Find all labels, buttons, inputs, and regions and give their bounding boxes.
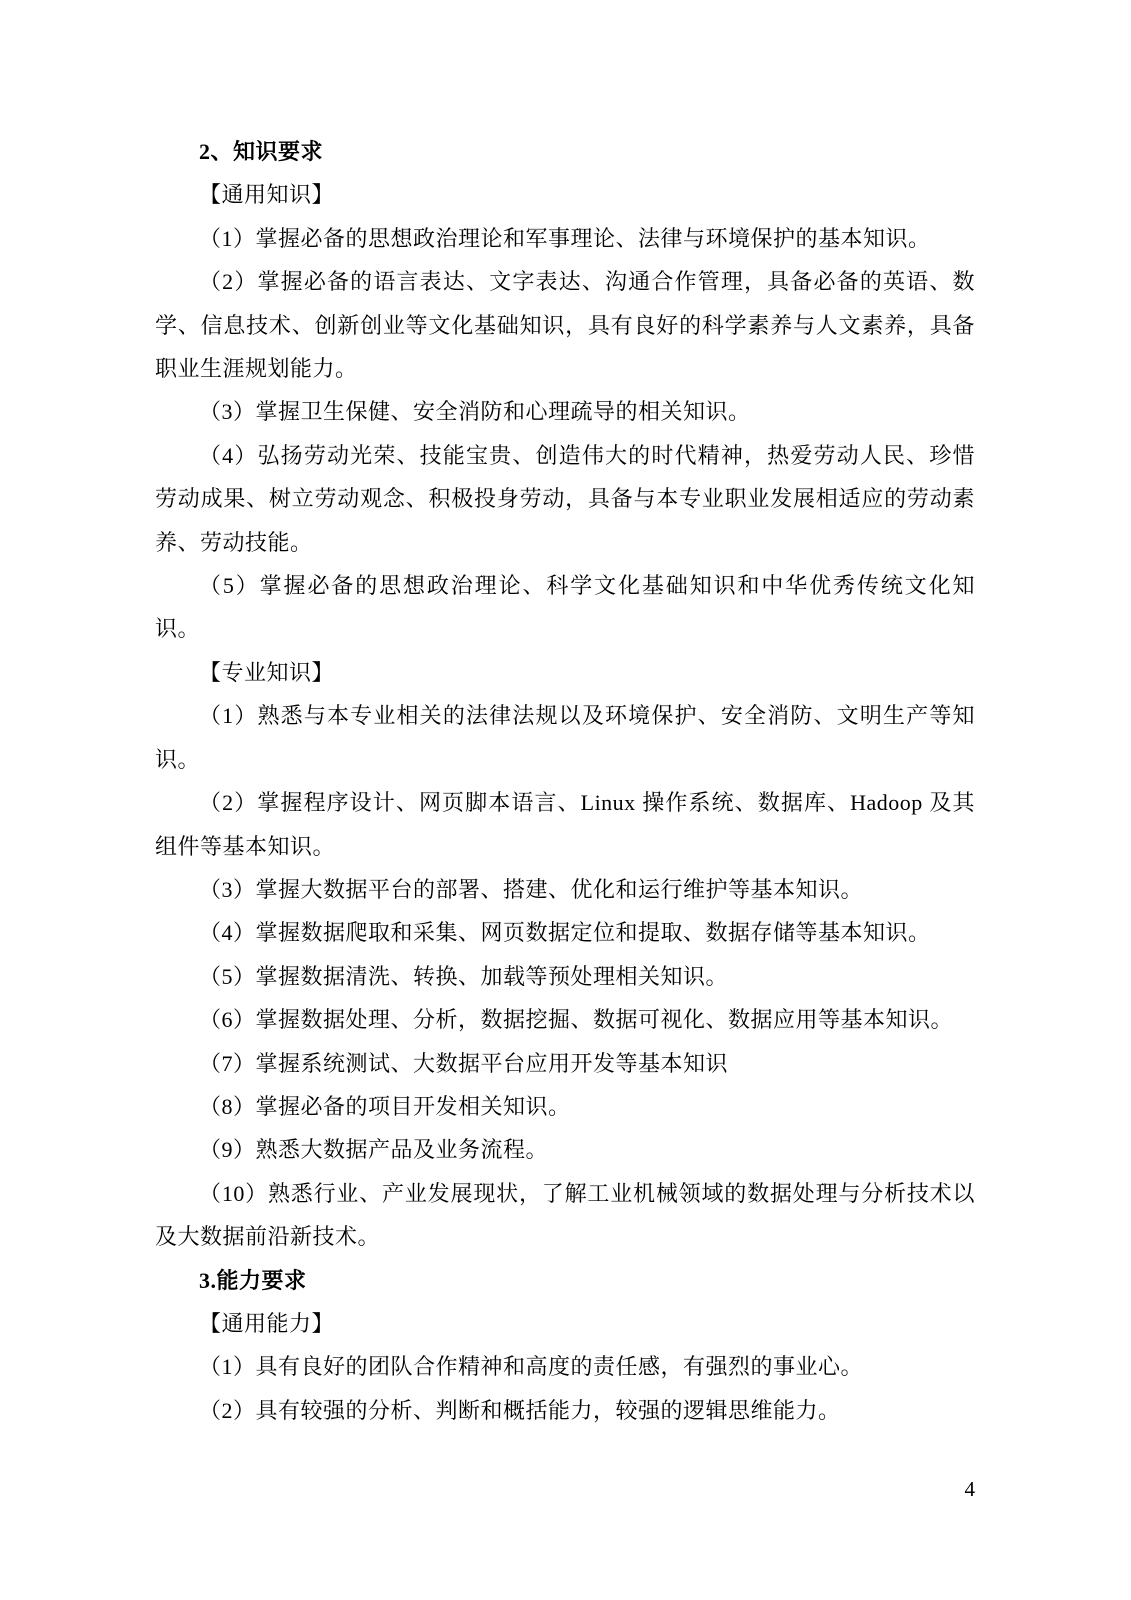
page-number: 4 [965,1477,976,1501]
label-general-knowledge: 【通用知识】 [155,173,975,216]
general-knowledge-item-1: （1）掌握必备的思想政治理论和军事理论、法律与环境保护的基本知识。 [155,217,975,260]
professional-knowledge-item-5: （5）掌握数据清洗、转换、加载等预处理相关知识。 [155,955,975,998]
page-footer: 4 [155,1477,975,1501]
label-general-ability: 【通用能力】 [155,1302,975,1345]
general-knowledge-item-3: （3）掌握卫生保健、安全消防和心理疏导的相关知识。 [155,390,975,433]
general-ability-item-1: （1）具有良好的团队合作精神和高度的责任感，有强烈的事业心。 [155,1345,975,1388]
professional-knowledge-item-1: （1）熟悉与本专业相关的法律法规以及环境保护、安全消防、文明生产等知识。 [155,694,975,781]
professional-knowledge-item-8: （8）掌握必备的项目开发相关知识。 [155,1085,975,1128]
professional-knowledge-item-2: （2）掌握程序设计、网页脚本语言、Linux 操作系统、数据库、Hadoop 及… [155,781,975,868]
heading-ability-requirements: 3.能力要求 [155,1259,975,1302]
document-page: 2、知识要求 【通用知识】 （1）掌握必备的思想政治理论和军事理论、法律与环境保… [0,0,1131,1600]
general-knowledge-item-2: （2）掌握必备的语言表达、文字表达、沟通合作管理，具备必备的英语、数学、信息技术… [155,260,975,390]
document-content: 2、知识要求 【通用知识】 （1）掌握必备的思想政治理论和军事理论、法律与环境保… [155,130,975,1432]
general-knowledge-item-4: （4）弘扬劳动光荣、技能宝贵、创造伟大的时代精神，热爱劳动人民、珍惜劳动成果、树… [155,434,975,564]
professional-knowledge-item-6: （6）掌握数据处理、分析，数据挖掘、数据可视化、数据应用等基本知识。 [155,998,975,1041]
professional-knowledge-item-10: （10）熟悉行业、产业发展现状，了解工业机械领域的数据处理与分析技术以及大数据前… [155,1172,975,1259]
professional-knowledge-item-9: （9）熟悉大数据产品及业务流程。 [155,1128,975,1171]
professional-knowledge-item-7: （7）掌握系统测试、大数据平台应用开发等基本知识 [155,1042,975,1085]
general-knowledge-item-5: （5）掌握必备的思想政治理论、科学文化基础知识和中华优秀传统文化知识。 [155,564,975,651]
general-ability-item-2: （2）具有较强的分析、判断和概括能力，较强的逻辑思维能力。 [155,1389,975,1432]
label-professional-knowledge: 【专业知识】 [155,651,975,694]
professional-knowledge-item-4: （4）掌握数据爬取和采集、网页数据定位和提取、数据存储等基本知识。 [155,911,975,954]
professional-knowledge-item-3: （3）掌握大数据平台的部署、搭建、优化和运行维护等基本知识。 [155,868,975,911]
heading-knowledge-requirements: 2、知识要求 [155,130,975,173]
